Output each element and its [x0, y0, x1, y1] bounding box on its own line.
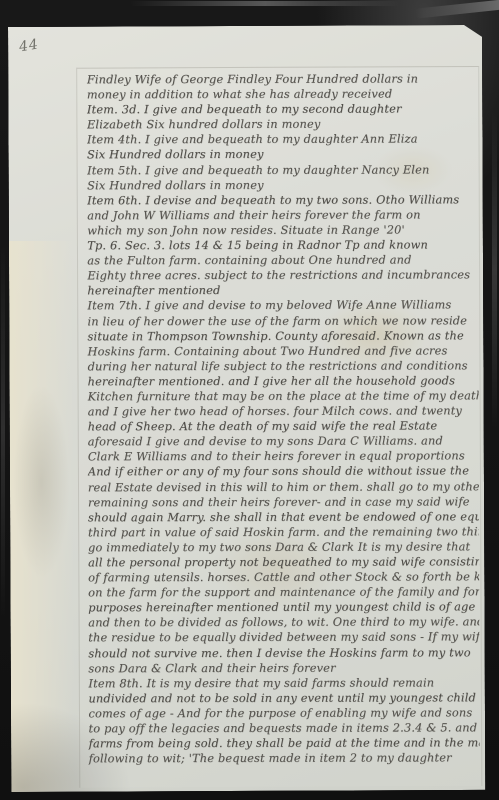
handwritten-line: sons Dara & Clark and their heirs foreve… [88, 660, 479, 676]
handwritten-line: the residue to be equally divided betwee… [88, 630, 479, 646]
ledger-paper: 44 Findley Wife of George Findley Four H… [8, 25, 485, 792]
book-edge-highlight-top-right [415, 0, 499, 19]
handwritten-line: remaining sons and their heirs forever- … [88, 494, 479, 510]
handwritten-line: should again Marry. she shall in that ev… [88, 509, 479, 525]
handwritten-line: real Estate devised in this will to him … [88, 479, 479, 495]
underlying-page-edge [9, 241, 75, 792]
handwritten-line: as the Fulton farm. containing about One… [87, 252, 478, 268]
handwritten-line: undivided and not to be sold in any even… [88, 690, 479, 706]
handwritten-line: Clark E Williams and to their heirs fore… [88, 449, 479, 465]
handwritten-line: Item 6th. I devise and bequeath to my tw… [87, 192, 478, 208]
photographed-ledger-page: 44 Findley Wife of George Findley Four H… [0, 0, 499, 800]
page-number: 44 [18, 36, 40, 55]
handwritten-line: Six Hundred dollars in money [87, 177, 478, 193]
handwritten-line: comes of age - And for the purpose of en… [88, 705, 479, 721]
handwritten-line: to pay off the legacies and bequests mad… [89, 720, 480, 736]
handwritten-line: hereinafter mentioned [87, 283, 478, 299]
handwritten-line: Six Hundred dollars in money [87, 147, 478, 163]
book-edge-highlight-top [130, 1, 400, 6]
handwritten-line: Item. 3d. I give and bequeath to my seco… [87, 101, 478, 117]
handwritten-line: during her natural life subject to the r… [88, 358, 479, 374]
handwritten-line: aforesaid I give and devise to my sons D… [88, 434, 479, 450]
handwriting-block: Findley Wife of George Findley Four Hund… [87, 71, 480, 766]
handwritten-line: Elizabeth Six hundred dollars in money [87, 117, 478, 133]
handwritten-line: Eighty three acres. subject to the restr… [87, 268, 478, 284]
handwritten-line: following to wit; 'The bequest made in i… [89, 751, 480, 767]
handwritten-line: And if either or any of my four sons sho… [88, 464, 479, 480]
handwritten-line: head of Sheep. At the death of my said w… [88, 418, 479, 434]
handwritten-line: and John W Williams and their heirs fore… [87, 207, 478, 223]
handwritten-line: on the farm for the support and maintena… [88, 584, 479, 600]
handwritten-line: should not survive me. then I devise the… [88, 645, 479, 661]
handwritten-line: farms from being sold. they shall be pai… [89, 735, 480, 751]
book-edge-highlight-left [1, 240, 5, 620]
handwritten-line: Item 4th. I give and bequeath to my daug… [87, 132, 478, 148]
handwritten-line: and then to be divided as follows, to wi… [88, 615, 479, 631]
handwritten-line: situate in Thompson Township. County afo… [87, 328, 478, 344]
book-edge-highlight-right [492, 110, 497, 430]
inner-sheet: Findley Wife of George Findley Four Hund… [76, 66, 482, 788]
handwritten-line: Item 8th. It is my desire that my said f… [88, 675, 479, 691]
handwritten-line: Kitchen furniture that may be on the pla… [88, 388, 479, 404]
handwritten-line: go immediately to my two sons Dara & Cla… [88, 539, 479, 555]
handwritten-line: Item 5th. I give and bequeath to my daug… [87, 162, 478, 178]
handwritten-line: Findley Wife of George Findley Four Hund… [87, 71, 478, 87]
handwritten-line: all the personal property not bequeathed… [88, 554, 479, 570]
handwritten-line: which my son John now resides. Situate i… [87, 222, 478, 238]
handwritten-line: third part in value of said Hoskin farm.… [88, 524, 479, 540]
handwritten-line: money in addition to what she has alread… [87, 86, 478, 102]
handwritten-line: hereinafter mentioned. and I give her al… [88, 373, 479, 389]
handwritten-line: and I give her two head of horses. four … [88, 403, 479, 419]
handwritten-line: purposes hereinafter mentioned until my … [88, 600, 479, 616]
handwritten-line: Item 7th. I give and devise to my belove… [87, 298, 478, 314]
handwritten-line: in lieu of her dower the use of the farm… [87, 313, 478, 329]
handwritten-line: Hoskins farm. Containing about Two Hundr… [88, 343, 479, 359]
handwritten-line: Tp. 6. Sec. 3. lots 14 & 15 being in Rad… [87, 237, 478, 253]
handwritten-line: of farming utensils. horses. Cattle and … [88, 569, 479, 585]
